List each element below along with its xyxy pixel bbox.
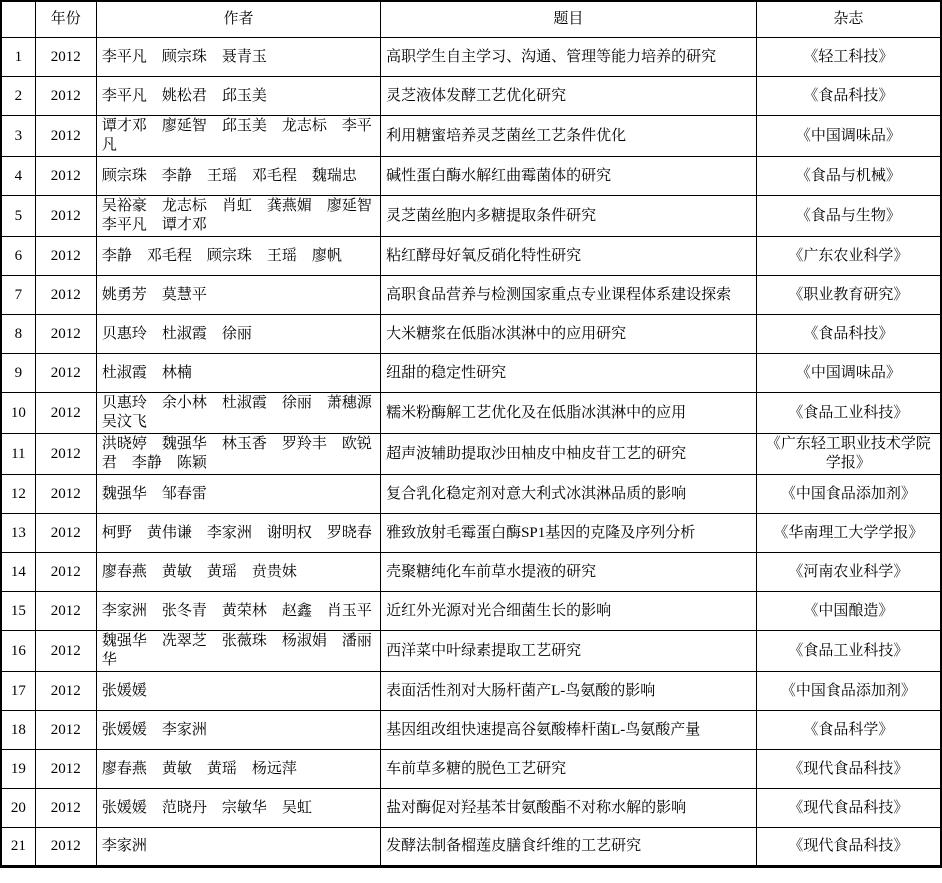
authors-cell: 贝惠玲 余小林 杜淑霞 徐丽 萧穗源 吴汶飞 xyxy=(96,393,380,434)
title-cell: 基因组改组快速提高谷氨酸棒杆菌L-鸟氨酸产量 xyxy=(381,711,757,750)
row-number-cell: 4 xyxy=(1,157,35,196)
journal-cell: 《食品科技》 xyxy=(756,77,941,116)
row-number-cell: 20 xyxy=(1,789,35,828)
title-cell: 超声波辅助提取沙田柚皮中柚皮苷工艺的研究 xyxy=(381,434,757,475)
title-cell: 碱性蛋白酶水解红曲霉菌体的研究 xyxy=(381,157,757,196)
table-header: 年份 作者 题目 杂志 xyxy=(1,1,941,38)
authors-cell: 顾宗珠 李静 王瑶 邓毛程 魏瑞忠 xyxy=(96,157,380,196)
authors-cell: 张媛媛 xyxy=(96,672,380,711)
title-cell: 盐对酶促对羟基苯甘氨酸酯不对称水解的影响 xyxy=(381,789,757,828)
year-cell: 2012 xyxy=(35,38,96,77)
authors-cell: 廖春燕 黄敏 黄瑶 贲贵妹 xyxy=(96,553,380,592)
journal-cell: 《职业教育研究》 xyxy=(756,276,941,315)
year-cell: 2012 xyxy=(35,592,96,631)
year-cell: 2012 xyxy=(35,196,96,237)
table-row: 13 2012 柯野 黄伟谦 李家洲 谢明权 罗晓春 雅致放射毛霉蛋白酶SP1基… xyxy=(1,514,941,553)
year-cell: 2012 xyxy=(35,672,96,711)
row-number-cell: 3 xyxy=(1,116,35,157)
table-row: 5 2012 吴裕豪 龙志标 肖虹 龚燕媚 廖延智 李平凡 谭才邓 灵芝菌丝胞内… xyxy=(1,196,941,237)
table-row: 3 2012 谭才邓 廖延智 邱玉美 龙志标 李平凡 利用糖蜜培养灵芝菌丝工艺条… xyxy=(1,116,941,157)
row-number-cell: 14 xyxy=(1,553,35,592)
row-number-cell: 13 xyxy=(1,514,35,553)
title-cell: 灵芝菌丝胞内多糖提取条件研究 xyxy=(381,196,757,237)
table-row: 17 2012 张媛媛 表面活性剂对大肠杆菌产L-鸟氨酸的影响 《中国食品添加剂… xyxy=(1,672,941,711)
row-number-cell: 8 xyxy=(1,315,35,354)
table-row: 2 2012 李平凡 姚松君 邱玉美 灵芝液体发酵工艺优化研究 《食品科技》 xyxy=(1,77,941,116)
row-number-cell: 10 xyxy=(1,393,35,434)
row-number-cell: 18 xyxy=(1,711,35,750)
journal-cell: 《中国调味品》 xyxy=(756,354,941,393)
year-cell: 2012 xyxy=(35,315,96,354)
table-row: 20 2012 张媛媛 范晓丹 宗敏华 吴虹 盐对酶促对羟基苯甘氨酸酯不对称水解… xyxy=(1,789,941,828)
table-row: 19 2012 廖春燕 黄敏 黄瑶 杨远萍 车前草多糖的脱色工艺研究 《现代食品… xyxy=(1,750,941,789)
title-cell: 发酵法制备榴莲皮膳食纤维的工艺研究 xyxy=(381,828,757,867)
header-row: 年份 作者 题目 杂志 xyxy=(1,1,941,38)
title-cell: 近红外光源对光合细菌生长的影响 xyxy=(381,592,757,631)
table-row: 8 2012 贝惠玲 杜淑霞 徐丽 大米糖浆在低脂冰淇淋中的应用研究 《食品科技… xyxy=(1,315,941,354)
authors-cell: 李静 邓毛程 顾宗珠 王瑶 廖帆 xyxy=(96,237,380,276)
title-cell: 灵芝液体发酵工艺优化研究 xyxy=(381,77,757,116)
journal-cell: 《中国酿造》 xyxy=(756,592,941,631)
table-row: 14 2012 廖春燕 黄敏 黄瑶 贲贵妹 壳聚糖纯化车前草水提液的研究 《河南… xyxy=(1,553,941,592)
year-cell: 2012 xyxy=(35,393,96,434)
table-row: 7 2012 姚勇芳 莫慧平 高职食品营养与检测国家重点专业课程体系建设探索 《… xyxy=(1,276,941,315)
journal-cell: 《中国食品添加剂》 xyxy=(756,475,941,514)
authors-cell: 魏强华 冼翠芝 张薇珠 杨淑娟 潘丽华 xyxy=(96,631,380,672)
journal-cell: 《中国调味品》 xyxy=(756,116,941,157)
table-row: 18 2012 张媛媛 李家洲 基因组改组快速提高谷氨酸棒杆菌L-鸟氨酸产量 《… xyxy=(1,711,941,750)
table-row: 16 2012 魏强华 冼翠芝 张薇珠 杨淑娟 潘丽华 西洋菜中叶绿素提取工艺研… xyxy=(1,631,941,672)
row-number-cell: 16 xyxy=(1,631,35,672)
journal-cell: 《现代食品科技》 xyxy=(756,750,941,789)
year-cell: 2012 xyxy=(35,631,96,672)
header-journal: 杂志 xyxy=(756,1,941,38)
authors-cell: 姚勇芳 莫慧平 xyxy=(96,276,380,315)
table-row: 11 2012 洪晓婷 魏强华 林玉香 罗羚丰 欧锐君 李静 陈颖 超声波辅助提… xyxy=(1,434,941,475)
journal-cell: 《河南农业科学》 xyxy=(756,553,941,592)
title-cell: 复合乳化稳定剂对意大利式冰淇淋品质的影响 xyxy=(381,475,757,514)
journal-cell: 《食品工业科技》 xyxy=(756,631,941,672)
authors-cell: 李平凡 姚松君 邱玉美 xyxy=(96,77,380,116)
year-cell: 2012 xyxy=(35,514,96,553)
table-row: 9 2012 杜淑霞 林楠 纽甜的稳定性研究 《中国调味品》 xyxy=(1,354,941,393)
year-cell: 2012 xyxy=(35,475,96,514)
journal-cell: 《食品科学》 xyxy=(756,711,941,750)
year-cell: 2012 xyxy=(35,434,96,475)
title-cell: 高职食品营养与检测国家重点专业课程体系建设探索 xyxy=(381,276,757,315)
row-number-cell: 6 xyxy=(1,237,35,276)
row-number-cell: 19 xyxy=(1,750,35,789)
year-cell: 2012 xyxy=(35,711,96,750)
authors-cell: 吴裕豪 龙志标 肖虹 龚燕媚 廖延智 李平凡 谭才邓 xyxy=(96,196,380,237)
row-number-cell: 11 xyxy=(1,434,35,475)
journal-cell: 《中国食品添加剂》 xyxy=(756,672,941,711)
authors-cell: 李平凡 顾宗珠 聂青玉 xyxy=(96,38,380,77)
authors-cell: 谭才邓 廖延智 邱玉美 龙志标 李平凡 xyxy=(96,116,380,157)
title-cell: 糯米粉酶解工艺优化及在低脂冰淇淋中的应用 xyxy=(381,393,757,434)
year-cell: 2012 xyxy=(35,828,96,867)
year-cell: 2012 xyxy=(35,354,96,393)
table-row: 10 2012 贝惠玲 余小林 杜淑霞 徐丽 萧穗源 吴汶飞 糯米粉酶解工艺优化… xyxy=(1,393,941,434)
publications-table: 年份 作者 题目 杂志 1 2012 李平凡 顾宗珠 聂青玉 高职学生自主学习、… xyxy=(0,0,942,868)
table-row: 21 2012 李家洲 发酵法制备榴莲皮膳食纤维的工艺研究 《现代食品科技》 xyxy=(1,828,941,867)
journal-cell: 《华南理工大学学报》 xyxy=(756,514,941,553)
year-cell: 2012 xyxy=(35,276,96,315)
year-cell: 2012 xyxy=(35,237,96,276)
title-cell: 纽甜的稳定性研究 xyxy=(381,354,757,393)
row-number-cell: 15 xyxy=(1,592,35,631)
table-body: 1 2012 李平凡 顾宗珠 聂青玉 高职学生自主学习、沟通、管理等能力培养的研… xyxy=(1,38,941,867)
row-number-cell: 1 xyxy=(1,38,35,77)
title-cell: 高职学生自主学习、沟通、管理等能力培养的研究 xyxy=(381,38,757,77)
table-row: 1 2012 李平凡 顾宗珠 聂青玉 高职学生自主学习、沟通、管理等能力培养的研… xyxy=(1,38,941,77)
year-cell: 2012 xyxy=(35,750,96,789)
row-number-cell: 17 xyxy=(1,672,35,711)
authors-cell: 魏强华 邹春雷 xyxy=(96,475,380,514)
year-cell: 2012 xyxy=(35,116,96,157)
title-cell: 粘红酵母好氧反硝化特性研究 xyxy=(381,237,757,276)
table-row: 4 2012 顾宗珠 李静 王瑶 邓毛程 魏瑞忠 碱性蛋白酶水解红曲霉菌体的研究… xyxy=(1,157,941,196)
year-cell: 2012 xyxy=(35,789,96,828)
title-cell: 雅致放射毛霉蛋白酶SP1基因的克隆及序列分析 xyxy=(381,514,757,553)
title-cell: 利用糖蜜培养灵芝菌丝工艺条件优化 xyxy=(381,116,757,157)
authors-cell: 张媛媛 范晓丹 宗敏华 吴虹 xyxy=(96,789,380,828)
journal-cell: 《现代食品科技》 xyxy=(756,789,941,828)
table-row: 12 2012 魏强华 邹春雷 复合乳化稳定剂对意大利式冰淇淋品质的影响 《中国… xyxy=(1,475,941,514)
year-cell: 2012 xyxy=(35,77,96,116)
authors-cell: 廖春燕 黄敏 黄瑶 杨远萍 xyxy=(96,750,380,789)
row-number-cell: 21 xyxy=(1,828,35,867)
authors-cell: 李家洲 张冬青 黄荣林 赵鑫 肖玉平 xyxy=(96,592,380,631)
row-number-cell: 12 xyxy=(1,475,35,514)
year-cell: 2012 xyxy=(35,157,96,196)
journal-cell: 《广东轻工职业技术学院学报》 xyxy=(756,434,941,475)
title-cell: 西洋菜中叶绿素提取工艺研究 xyxy=(381,631,757,672)
header-title: 题目 xyxy=(381,1,757,38)
authors-cell: 李家洲 xyxy=(96,828,380,867)
title-cell: 车前草多糖的脱色工艺研究 xyxy=(381,750,757,789)
authors-cell: 张媛媛 李家洲 xyxy=(96,711,380,750)
journal-cell: 《食品工业科技》 xyxy=(756,393,941,434)
table-row: 6 2012 李静 邓毛程 顾宗珠 王瑶 廖帆 粘红酵母好氧反硝化特性研究 《广… xyxy=(1,237,941,276)
row-number-cell: 7 xyxy=(1,276,35,315)
journal-cell: 《食品科技》 xyxy=(756,315,941,354)
row-number-cell: 5 xyxy=(1,196,35,237)
title-cell: 大米糖浆在低脂冰淇淋中的应用研究 xyxy=(381,315,757,354)
row-number-cell: 9 xyxy=(1,354,35,393)
year-cell: 2012 xyxy=(35,553,96,592)
authors-cell: 贝惠玲 杜淑霞 徐丽 xyxy=(96,315,380,354)
journal-cell: 《食品与机械》 xyxy=(756,157,941,196)
header-authors: 作者 xyxy=(96,1,380,38)
journal-cell: 《广东农业科学》 xyxy=(756,237,941,276)
journal-cell: 《现代食品科技》 xyxy=(756,828,941,867)
title-cell: 表面活性剂对大肠杆菌产L-鸟氨酸的影响 xyxy=(381,672,757,711)
header-year: 年份 xyxy=(35,1,96,38)
journal-cell: 《食品与生物》 xyxy=(756,196,941,237)
header-index xyxy=(1,1,35,38)
journal-cell: 《轻工科技》 xyxy=(756,38,941,77)
authors-cell: 洪晓婷 魏强华 林玉香 罗羚丰 欧锐君 李静 陈颖 xyxy=(96,434,380,475)
row-number-cell: 2 xyxy=(1,77,35,116)
title-cell: 壳聚糖纯化车前草水提液的研究 xyxy=(381,553,757,592)
table-row: 15 2012 李家洲 张冬青 黄荣林 赵鑫 肖玉平 近红外光源对光合细菌生长的… xyxy=(1,592,941,631)
authors-cell: 杜淑霞 林楠 xyxy=(96,354,380,393)
authors-cell: 柯野 黄伟谦 李家洲 谢明权 罗晓春 xyxy=(96,514,380,553)
